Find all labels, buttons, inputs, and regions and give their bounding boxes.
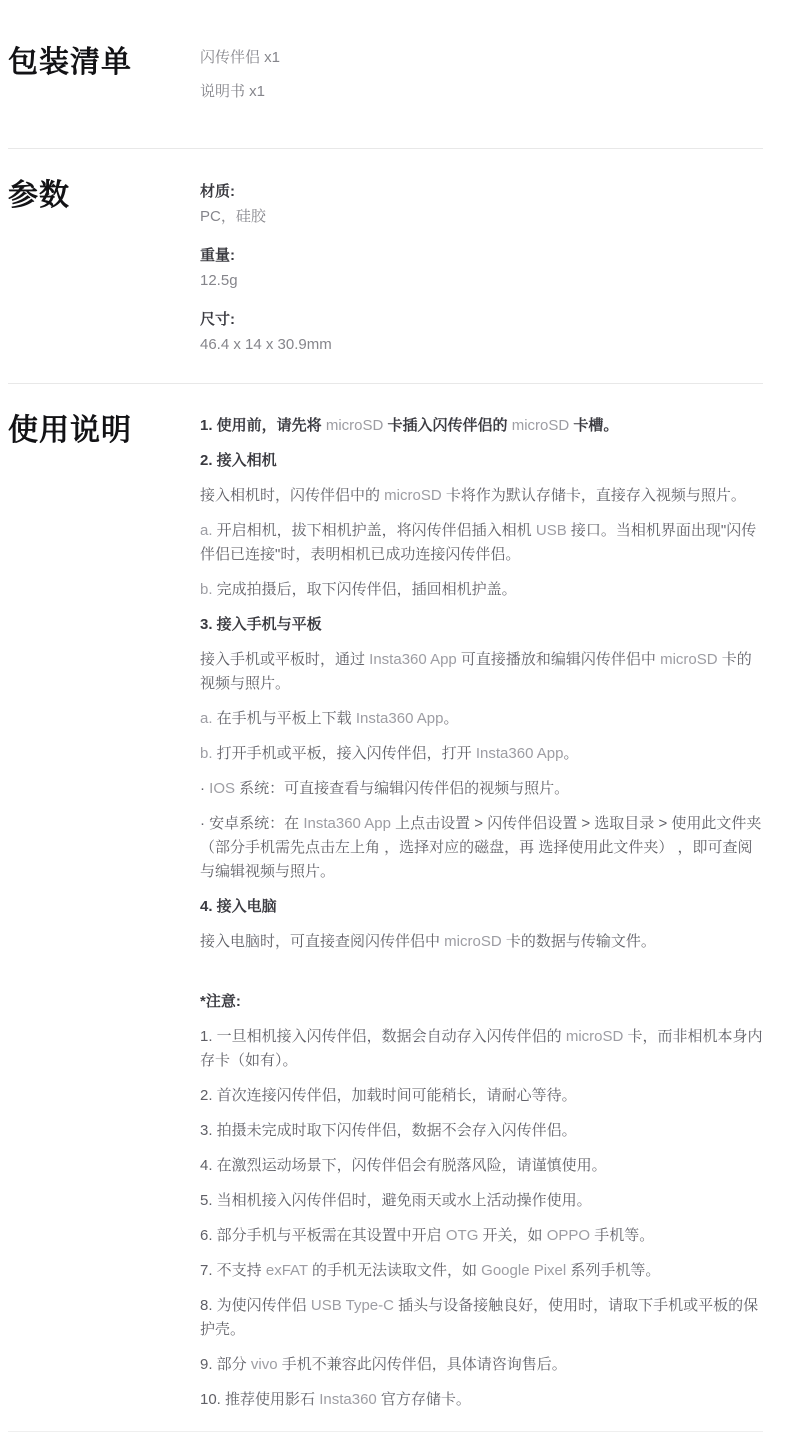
latin-text: USB <box>311 1297 342 1314</box>
usage-paragraph: b. 打开手机或平板，接入闪传伴侣，打开 Insta360 App。 <box>200 742 763 766</box>
latin-text: OPPO <box>547 1227 590 1244</box>
latin-text: microSD <box>326 417 384 434</box>
params-heading: 参数 <box>8 179 200 213</box>
spec-value: 46.4 x 14 x 30.9mm <box>200 333 763 357</box>
spec-row: 重量:12.5g <box>200 243 763 293</box>
notes-list: 1. 一旦相机接入闪传伴侣，数据会自动存入闪传伴侣的 microSD 卡，而非相… <box>200 1025 763 1412</box>
note-item: 1. 一旦相机接入闪传伴侣，数据会自动存入闪传伴侣的 microSD 卡，而非相… <box>200 1025 763 1073</box>
latin-text: a. <box>200 710 213 727</box>
latin-text: Insta360 <box>356 710 414 727</box>
latin-text: b. <box>200 745 213 762</box>
spec-row: 尺寸:46.4 x 14 x 30.9mm <box>200 307 763 357</box>
notes-title: *注意: <box>200 990 763 1014</box>
note-item: 5. 当相机接入闪传伴侣时，避免雨天或水上活动操作使用。 <box>200 1189 763 1213</box>
spec-row: 材质:PC，硅胶 <box>200 179 763 229</box>
latin-text: Insta360 <box>303 815 361 832</box>
latin-text: microSD <box>512 417 570 434</box>
latin-text: Pixel <box>534 1262 567 1279</box>
latin-text: App <box>430 651 457 668</box>
usage-paragraph: a. 开启相机，拔下相机护盖，将闪传伴侣插入相机 USB 接口。当相机界面出现"… <box>200 519 763 567</box>
usage-heading-column: 使用说明 <box>8 414 200 1423</box>
pack-item: 说明书 x1 <box>200 80 763 104</box>
usage-paragraph: a. 在手机与平板上下载 Insta360 App。 <box>200 707 763 731</box>
usage-step-heading: 2. 接入相机 <box>200 449 763 473</box>
usage-step-heading: 1. 使用前，请先将 microSD 卡插入闪传伴侣的 microSD 卡槽。 <box>200 414 763 438</box>
params-content-column: 材质:PC，硅胶重量:12.5g尺寸:46.4 x 14 x 30.9mm <box>200 179 763 371</box>
note-item: 6. 部分手机与平板需在其设置中开启 OTG 开关，如 OPPO 手机等。 <box>200 1224 763 1248</box>
pack-item: 闪传伴侣 x1 <box>200 46 763 70</box>
latin-text: microSD <box>660 651 718 668</box>
usage-step-heading: 3. 接入手机与平板 <box>200 613 763 637</box>
usage-paragraph: 接入手机或平板时，通过 Insta360 App 可直接播放和编辑闪传伴侣中 m… <box>200 648 763 696</box>
latin-text: a. <box>200 522 213 539</box>
packing-heading-column: 包装清单 <box>8 46 200 114</box>
spec-value: PC，硅胶 <box>200 205 763 229</box>
usage-paragraph: 接入电脑时，可直接查阅闪传伴侣中 microSD 卡的数据与传输文件。 <box>200 930 763 954</box>
packing-content-column: 闪传伴侣 x1说明书 x1 <box>200 46 763 114</box>
latin-text: App <box>364 815 391 832</box>
spec-label: 尺寸: <box>200 307 763 333</box>
usage-instructions: 1. 使用前，请先将 microSD 卡插入闪传伴侣的 microSD 卡槽。2… <box>200 414 763 954</box>
note-item: 3. 拍摄未完成时取下闪传伴侣，数据不会存入闪传伴侣。 <box>200 1119 763 1143</box>
note-item: 9. 部分 vivo 手机不兼容此闪传伴侣，具体请咨询售后。 <box>200 1353 763 1377</box>
spec-list: 材质:PC，硅胶重量:12.5g尺寸:46.4 x 14 x 30.9mm <box>200 179 763 357</box>
params-heading-column: 参数 <box>8 179 200 371</box>
latin-text: Insta360 <box>476 745 534 762</box>
note-item: 8. 为使闪传伴侣 USB Type-C 插头与设备接触良好，使用时，请取下手机… <box>200 1294 763 1342</box>
section-packing: 包装清单 闪传伴侣 x1说明书 x1 <box>8 0 763 148</box>
note-item: 2. 首次连接闪传伴侣，加载时间可能稍长，请耐心等待。 <box>200 1084 763 1108</box>
notes-block: *注意: 1. 一旦相机接入闪传伴侣，数据会自动存入闪传伴侣的 microSD … <box>200 990 763 1412</box>
usage-heading: 使用说明 <box>8 414 200 448</box>
latin-text: App <box>537 745 564 762</box>
note-item: 10. 推荐使用影石 Insta360 官方存储卡。 <box>200 1388 763 1412</box>
latin-text: Insta360 <box>369 651 427 668</box>
latin-text: Type-C <box>346 1297 394 1314</box>
latin-text: USB <box>536 522 567 539</box>
usage-step-heading: 4. 接入电脑 <box>200 895 763 919</box>
packing-heading: 包装清单 <box>8 46 200 80</box>
latin-text: OTG <box>446 1227 479 1244</box>
section-usage: 使用说明 1. 使用前，请先将 microSD 卡插入闪传伴侣的 microSD… <box>8 384 763 1431</box>
usage-paragraph: · IOS 系统：可直接查看与编辑闪传伴侣的视频与照片。 <box>200 777 763 801</box>
usage-paragraph: 接入相机时，闪传伴侣中的 microSD 卡将作为默认存储卡，直接存入视频与照片… <box>200 484 763 508</box>
section-params: 参数 材质:PC，硅胶重量:12.5g尺寸:46.4 x 14 x 30.9mm <box>8 149 763 383</box>
product-spec-page: 包装清单 闪传伴侣 x1说明书 x1 参数 材质:PC，硅胶重量:12.5g尺寸… <box>0 0 790 1432</box>
spec-value: 12.5g <box>200 269 763 293</box>
latin-text: exFAT <box>266 1262 308 1279</box>
packing-list: 闪传伴侣 x1说明书 x1 <box>200 46 763 104</box>
latin-text: Insta360 <box>319 1391 377 1408</box>
note-item: 7. 不支持 exFAT 的手机无法读取文件，如 Google Pixel 系列… <box>200 1259 763 1283</box>
usage-paragraph: · 安卓系统：在 Insta360 App 上点击设置 > 闪传伴侣设置 > 选… <box>200 812 763 884</box>
latin-text: microSD <box>384 487 442 504</box>
latin-text: b. <box>200 581 213 598</box>
latin-text: microSD <box>566 1028 624 1045</box>
latin-text: microSD <box>444 933 502 950</box>
usage-content-column: 1. 使用前，请先将 microSD 卡插入闪传伴侣的 microSD 卡槽。2… <box>200 414 763 1423</box>
latin-text: vivo <box>251 1356 278 1373</box>
latin-text: Google <box>481 1262 529 1279</box>
spec-label: 重量: <box>200 243 763 269</box>
note-item: 4. 在激烈运动场景下，闪传伴侣会有脱落风险，请谨慎使用。 <box>200 1154 763 1178</box>
latin-text: IOS <box>209 780 235 797</box>
latin-text: App <box>417 710 444 727</box>
usage-paragraph: b. 完成拍摄后，取下闪传伴侣，插回相机护盖。 <box>200 578 763 602</box>
spec-label: 材质: <box>200 179 763 205</box>
